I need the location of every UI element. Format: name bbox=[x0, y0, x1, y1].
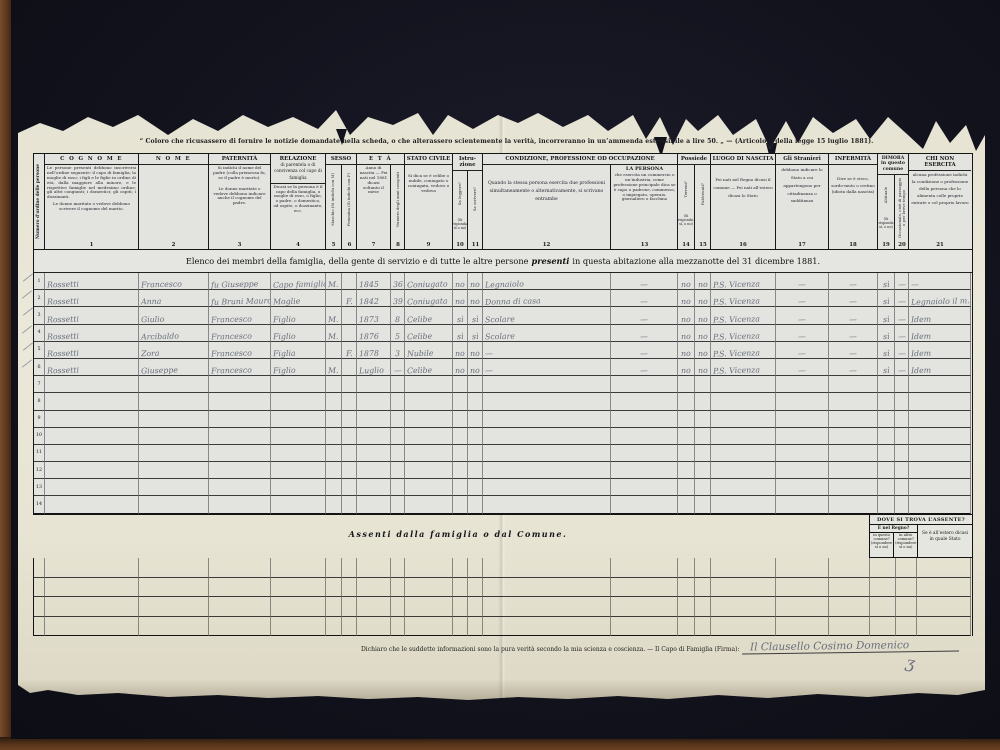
empty-cell bbox=[870, 617, 896, 637]
cell-anni: — bbox=[391, 359, 405, 376]
cell-dab: sì bbox=[878, 325, 895, 342]
cell-nome bbox=[139, 445, 209, 462]
cell-paternita bbox=[209, 462, 271, 479]
empty-cell bbox=[45, 617, 139, 637]
empty-cell bbox=[357, 558, 391, 578]
absent-table-row bbox=[34, 617, 972, 637]
cell-cond bbox=[483, 393, 611, 410]
empty-cell bbox=[896, 578, 917, 598]
cell-anno: Luglio bbox=[357, 359, 391, 376]
cell-paternita bbox=[209, 479, 271, 496]
handwritten-value: Figlio bbox=[273, 331, 296, 341]
cell-stran bbox=[776, 462, 829, 479]
cell-cognome bbox=[45, 496, 139, 513]
head-of-family-signature: Il Clausello Cosimo Domenico bbox=[742, 639, 959, 654]
handwritten-value: Legnaiolo bbox=[485, 280, 524, 290]
col-header-sa-scrivere: Sa scrivere? 11 bbox=[468, 171, 483, 249]
absent-abroad-header: Se è all’estero dicasi in quale Stato bbox=[918, 525, 972, 557]
empty-cell bbox=[678, 617, 695, 637]
handwritten-value: 5 bbox=[395, 332, 400, 341]
cell-chinon: Idem bbox=[909, 342, 971, 359]
col-header-condizione: CONDIZIONE, PROFESSIONE OD OCCUPAZIONE Q… bbox=[483, 154, 678, 249]
cell-scriv: no bbox=[468, 359, 483, 376]
cell-doc: — bbox=[895, 359, 909, 376]
cell-luogo bbox=[711, 445, 776, 462]
cell-legg: sì bbox=[453, 307, 468, 324]
empty-cell bbox=[468, 578, 483, 598]
handwritten-value: fu Giuseppe bbox=[211, 280, 259, 290]
cell-inferm: — bbox=[829, 342, 878, 359]
cell-chinon: Legnaiolo il m. bbox=[909, 290, 971, 307]
cell-inferm: — bbox=[829, 359, 878, 376]
cell-legg bbox=[453, 445, 468, 462]
cell-cognome: Rossetti bbox=[45, 290, 139, 307]
cell-m bbox=[326, 376, 342, 393]
cell-cond bbox=[483, 479, 611, 496]
handwritten-value: 1842 bbox=[359, 297, 379, 307]
cell-m: M. bbox=[326, 359, 342, 376]
absent-rows bbox=[33, 558, 973, 636]
empty-cell bbox=[271, 617, 326, 637]
cell-stran bbox=[776, 393, 829, 410]
cell-anni: 36 bbox=[391, 273, 405, 290]
cell-legg bbox=[453, 393, 468, 410]
handwritten-value: Scolare bbox=[485, 331, 515, 341]
cell-anno bbox=[357, 479, 391, 496]
cell-luogo bbox=[711, 411, 776, 428]
cell-n: 3 bbox=[34, 307, 45, 324]
cell-fabb: no bbox=[695, 325, 711, 342]
cell-luogo bbox=[711, 462, 776, 479]
cell-inferm bbox=[829, 445, 878, 462]
cell-doc bbox=[895, 479, 909, 496]
cell-anno bbox=[357, 411, 391, 428]
cell-f bbox=[342, 496, 357, 513]
cell-relazione: Moglie bbox=[271, 290, 326, 307]
col-header-sesso: SESSO Maschio (Si indichi con M) 5 Femmi… bbox=[326, 154, 357, 249]
empty-cell bbox=[271, 558, 326, 578]
cell-anni bbox=[391, 393, 405, 410]
cell-paternita bbox=[209, 411, 271, 428]
cell-nome: Francesco bbox=[139, 273, 209, 290]
cell-persona bbox=[611, 411, 678, 428]
cell-scriv bbox=[468, 479, 483, 496]
cell-relazione bbox=[271, 428, 326, 445]
col-header-eta: E T À Anno di nascita — Pei nati nel 188… bbox=[357, 154, 405, 249]
pencil-mark bbox=[23, 342, 33, 350]
empty-cell bbox=[829, 578, 870, 598]
handwritten-value: no bbox=[681, 366, 691, 375]
table-row: 1RossettiFrancescofu GiuseppeCapo famigl… bbox=[34, 273, 972, 290]
empty-cell bbox=[483, 578, 611, 598]
handwritten-value: — bbox=[897, 366, 905, 375]
cell-relazione bbox=[271, 393, 326, 410]
table-row: 3RossettiGiulioFrancescoFiglioM.18738Cel… bbox=[34, 307, 972, 324]
cell-doc bbox=[895, 445, 909, 462]
handwritten-value: — bbox=[640, 280, 648, 289]
handwritten-value: no bbox=[681, 280, 691, 289]
col-header-dimora-occasionale: Occasionale, cioè di passaggio o per bre… bbox=[895, 175, 909, 249]
cell-chinon bbox=[909, 479, 971, 496]
cell-stato bbox=[405, 479, 453, 496]
empty-cell bbox=[34, 597, 45, 617]
cell-inferm bbox=[829, 496, 878, 513]
cell-stato bbox=[405, 445, 453, 462]
cell-n: 10 bbox=[34, 428, 45, 445]
cell-f: F. bbox=[342, 290, 357, 307]
handwritten-value: no bbox=[681, 349, 691, 358]
handwritten-value: — bbox=[798, 332, 806, 341]
empty-cell bbox=[917, 558, 971, 578]
empty-cell bbox=[611, 597, 678, 617]
handwritten-value: — bbox=[798, 314, 806, 323]
handwritten-value: 39 bbox=[392, 297, 402, 306]
empty-cell bbox=[917, 597, 971, 617]
empty-cell bbox=[896, 597, 917, 617]
cell-anno bbox=[357, 393, 391, 410]
cell-paternita bbox=[209, 428, 271, 445]
cell-f bbox=[342, 445, 357, 462]
cell-doc bbox=[895, 411, 909, 428]
handwritten-value: — bbox=[897, 349, 905, 358]
cell-scriv bbox=[468, 393, 483, 410]
pencil-mark bbox=[22, 290, 32, 298]
cell-relazione bbox=[271, 445, 326, 462]
cell-chinon bbox=[909, 445, 971, 462]
empty-cell bbox=[357, 597, 391, 617]
cell-scriv bbox=[468, 445, 483, 462]
census-sheet-paper: “ Coloro che ricusassero di fornire le n… bbox=[18, 105, 985, 701]
handwritten-value: Moglie bbox=[273, 297, 301, 307]
cell-n: 9 bbox=[34, 411, 45, 428]
cell-anni bbox=[391, 462, 405, 479]
handwritten-value: Giuseppe bbox=[141, 366, 178, 376]
cell-cognome: Rossetti bbox=[45, 307, 139, 324]
col-header-paternita: PATERNITÀ Si indichi il nome del padre (… bbox=[209, 154, 271, 249]
cell-f: F. bbox=[342, 342, 357, 359]
handwritten-value: sì bbox=[883, 280, 890, 289]
empty-cell bbox=[34, 558, 45, 578]
cell-inferm: — bbox=[829, 325, 878, 342]
cell-terr: no bbox=[678, 325, 695, 342]
empty-cell bbox=[896, 558, 917, 578]
handwritten-value: Zora bbox=[141, 349, 160, 358]
cell-dab bbox=[878, 445, 895, 462]
cell-dab: sì bbox=[878, 359, 895, 376]
cell-chinon bbox=[909, 462, 971, 479]
cell-luogo: P.S. Vicenza bbox=[711, 342, 776, 359]
handwritten-value: Luglio bbox=[359, 366, 384, 376]
handwritten-value: — bbox=[897, 314, 905, 323]
cell-stato bbox=[405, 393, 453, 410]
pencil-mark bbox=[22, 359, 32, 367]
empty-cell bbox=[391, 558, 405, 578]
handwritten-value: M. bbox=[328, 366, 339, 375]
cell-persona: — bbox=[611, 342, 678, 359]
empty-cell bbox=[34, 617, 45, 637]
handwritten-value: sì bbox=[457, 332, 464, 341]
cell-nome bbox=[139, 393, 209, 410]
handwritten-value: — bbox=[849, 366, 857, 375]
cell-paternita: Francesco bbox=[209, 342, 271, 359]
cell-fabb: no bbox=[695, 342, 711, 359]
col-header-fabbricati: Fabbricati? 15 bbox=[695, 165, 711, 249]
handwritten-value: sì bbox=[472, 332, 479, 341]
cell-fabb bbox=[695, 376, 711, 393]
empty-cell bbox=[405, 578, 453, 598]
cell-nome: Anna bbox=[139, 290, 209, 307]
cell-m bbox=[326, 462, 342, 479]
empty-cell bbox=[917, 578, 971, 598]
cell-cond bbox=[483, 428, 611, 445]
cell-chinon bbox=[909, 428, 971, 445]
cell-paternita bbox=[209, 496, 271, 513]
handwritten-value: P.S. Vicenza bbox=[713, 366, 760, 376]
cell-scriv bbox=[468, 376, 483, 393]
cell-fabb bbox=[695, 462, 711, 479]
empty-cell bbox=[342, 597, 357, 617]
pencil-mark bbox=[23, 273, 33, 281]
cell-luogo bbox=[711, 479, 776, 496]
cell-f bbox=[342, 359, 357, 376]
cell-stato: Celibe bbox=[405, 307, 453, 324]
cell-fabb bbox=[695, 496, 711, 513]
cell-cond: Scolare bbox=[483, 325, 611, 342]
cell-terr bbox=[678, 376, 695, 393]
empty-cell bbox=[611, 578, 678, 598]
cell-anno bbox=[357, 496, 391, 513]
cell-m bbox=[326, 342, 342, 359]
handwritten-value: no bbox=[455, 349, 465, 358]
absent-section-title: Assenti dalla famiglia o dal Comune. bbox=[158, 529, 758, 539]
cell-anno bbox=[357, 428, 391, 445]
handwritten-value: no bbox=[455, 366, 465, 375]
cell-paternita: Francesco bbox=[209, 359, 271, 376]
cell-scriv: no bbox=[468, 273, 483, 290]
cell-persona: — bbox=[611, 273, 678, 290]
cell-nome bbox=[139, 376, 209, 393]
cell-f bbox=[342, 393, 357, 410]
legal-notice: “ Coloro che ricusassero di fornire le n… bbox=[48, 138, 965, 145]
handwritten-value: — bbox=[640, 366, 648, 375]
cell-fabb: no bbox=[695, 273, 711, 290]
handwritten-value: Rossetti bbox=[47, 297, 79, 307]
table-row: 10 bbox=[34, 428, 972, 445]
cell-anni: 39 bbox=[391, 290, 405, 307]
col-header-sa-leggere: Sa leggere? (Si risponda: sì o no) 10 bbox=[453, 171, 468, 249]
cell-nome: Arcibaldo bbox=[139, 325, 209, 342]
handwritten-value: no bbox=[681, 314, 691, 323]
empty-cell bbox=[391, 578, 405, 598]
col-header-sesso-m: Maschio (Si indichi con M) 5 bbox=[326, 165, 342, 249]
empty-cell bbox=[917, 617, 971, 637]
empty-cell bbox=[829, 597, 870, 617]
handwritten-value: Francesco bbox=[211, 348, 252, 358]
handwritten-value: — bbox=[911, 280, 919, 289]
handwritten-value: M. bbox=[328, 314, 339, 323]
cell-cond bbox=[483, 411, 611, 428]
empty-cell bbox=[391, 617, 405, 637]
empty-cell bbox=[326, 558, 342, 578]
cell-anni bbox=[391, 496, 405, 513]
cell-scriv bbox=[468, 462, 483, 479]
absent-where-box: DOVE SI TROVA L’ASSENTE? È nel Regno? in… bbox=[869, 514, 973, 558]
empty-cell bbox=[209, 597, 271, 617]
cell-anni: 5 bbox=[391, 325, 405, 342]
cell-persona bbox=[611, 376, 678, 393]
empty-cell bbox=[776, 558, 829, 578]
handwritten-value: Scolare bbox=[485, 314, 515, 324]
empty-cell bbox=[139, 558, 209, 578]
empty-cell bbox=[453, 617, 468, 637]
cell-luogo bbox=[711, 428, 776, 445]
empty-cell bbox=[405, 558, 453, 578]
handwritten-value: no bbox=[470, 366, 480, 375]
empty-cell bbox=[357, 617, 391, 637]
cell-fabb bbox=[695, 445, 711, 462]
empty-cell bbox=[468, 617, 483, 637]
handwritten-value: — bbox=[640, 297, 648, 306]
col-header-anni-compiuti: Numero degli anni compiuti 8 bbox=[391, 165, 405, 249]
empty-cell bbox=[483, 617, 611, 637]
cell-legg bbox=[453, 428, 468, 445]
cell-scriv: no bbox=[468, 342, 483, 359]
handwritten-value: Idem bbox=[911, 314, 931, 324]
col-header-la-persona: LA PERSONA che esercita un commercio o u… bbox=[611, 165, 678, 249]
cell-terr bbox=[678, 496, 695, 513]
cell-luogo bbox=[711, 376, 776, 393]
cell-stran: — bbox=[776, 359, 829, 376]
col-header-dimora: DIMORA in questo comune Abituale (Si ris… bbox=[878, 154, 909, 249]
cell-legg bbox=[453, 376, 468, 393]
cell-cognome bbox=[45, 411, 139, 428]
table-row: 9 bbox=[34, 411, 972, 428]
cell-luogo: P.S. Vicenza bbox=[711, 307, 776, 324]
cell-stato bbox=[405, 411, 453, 428]
handwritten-value: fu Bruni Mauro bbox=[211, 297, 271, 308]
empty-cell bbox=[483, 558, 611, 578]
cell-anni: 3 bbox=[391, 342, 405, 359]
table-row: 13 bbox=[34, 479, 972, 496]
cell-terr: no bbox=[678, 273, 695, 290]
cell-m bbox=[326, 393, 342, 410]
handwritten-value: — bbox=[849, 297, 857, 306]
cell-n: 11 bbox=[34, 445, 45, 462]
cell-persona: — bbox=[611, 307, 678, 324]
cell-dab bbox=[878, 376, 895, 393]
cell-stran bbox=[776, 428, 829, 445]
handwritten-value: no bbox=[698, 280, 708, 289]
cell-cognome: Rossetti bbox=[45, 359, 139, 376]
cell-m: M. bbox=[326, 325, 342, 342]
cell-anno: 1845 bbox=[357, 273, 391, 290]
cell-luogo: P.S. Vicenza bbox=[711, 359, 776, 376]
cell-doc bbox=[895, 376, 909, 393]
census-rows: 1RossettiFrancescofu GiuseppeCapo famigl… bbox=[34, 273, 972, 514]
cell-n: 7 bbox=[34, 376, 45, 393]
col-header-stranieri: Gli Stranieri debbono indicare lo Stato … bbox=[776, 154, 829, 249]
cell-f bbox=[342, 307, 357, 324]
cell-stato: Celibe bbox=[405, 359, 453, 376]
empty-cell bbox=[209, 558, 271, 578]
handwritten-value: sì bbox=[883, 297, 890, 306]
cell-chinon: Idem bbox=[909, 325, 971, 342]
handwritten-value: — bbox=[640, 349, 648, 358]
cell-luogo bbox=[711, 393, 776, 410]
cell-anni bbox=[391, 479, 405, 496]
signature-flourish: ʒ bbox=[904, 652, 917, 672]
handwritten-value: M. bbox=[328, 280, 339, 289]
handwritten-value: no bbox=[698, 366, 708, 375]
cell-persona: — bbox=[611, 290, 678, 307]
cell-terr: no bbox=[678, 307, 695, 324]
handwritten-value: — bbox=[393, 366, 401, 375]
cell-relazione bbox=[271, 462, 326, 479]
handwritten-value: P.S. Vicenza bbox=[713, 280, 760, 290]
cell-chinon: Idem bbox=[909, 307, 971, 324]
handwritten-value: Capo famiglia bbox=[273, 279, 326, 289]
handwritten-value: 1876 bbox=[359, 331, 379, 341]
cell-paternita bbox=[209, 393, 271, 410]
handwritten-value: — bbox=[897, 332, 905, 341]
col-header-dimora-abituale: Abituale (Si risponda sì, o no) 19 bbox=[878, 175, 895, 249]
cell-scriv: no bbox=[468, 290, 483, 307]
handwritten-value: Rossetti bbox=[47, 331, 79, 341]
cell-cognome: Rossetti bbox=[45, 273, 139, 290]
empty-cell bbox=[45, 578, 139, 598]
cell-chinon bbox=[909, 376, 971, 393]
cell-legg bbox=[453, 411, 468, 428]
cell-fabb bbox=[695, 411, 711, 428]
handwritten-value: P.S. Vicenza bbox=[713, 297, 760, 307]
empty-cell bbox=[711, 558, 776, 578]
cell-persona bbox=[611, 445, 678, 462]
cell-stran: — bbox=[776, 307, 829, 324]
empty-cell bbox=[870, 597, 896, 617]
cell-stato bbox=[405, 496, 453, 513]
cell-scriv bbox=[468, 428, 483, 445]
cell-anno bbox=[357, 376, 391, 393]
col-header-cognome: C O G N O M E Le persone presenti debbon… bbox=[45, 154, 139, 249]
empty-cell bbox=[391, 597, 405, 617]
empty-cell bbox=[139, 617, 209, 637]
handwritten-value: no bbox=[681, 297, 691, 306]
handwritten-value: 1878 bbox=[359, 349, 379, 359]
cell-luogo: P.S. Vicenza bbox=[711, 325, 776, 342]
cell-doc: — bbox=[895, 342, 909, 359]
cell-n: 6 bbox=[34, 359, 45, 376]
cell-stato bbox=[405, 376, 453, 393]
table-row: 6RossettiGiuseppeFrancescoFiglioM.Luglio… bbox=[34, 359, 972, 376]
handwritten-value: — bbox=[798, 349, 806, 358]
cell-cond: Donna di casa bbox=[483, 290, 611, 307]
handwritten-value: Donna di casa bbox=[485, 297, 541, 307]
cell-cond bbox=[483, 462, 611, 479]
cell-fabb bbox=[695, 393, 711, 410]
cell-dab: sì bbox=[878, 290, 895, 307]
cell-scriv bbox=[468, 496, 483, 513]
cell-f bbox=[342, 428, 357, 445]
cell-chinon: Idem bbox=[909, 359, 971, 376]
cell-f bbox=[342, 273, 357, 290]
empty-cell bbox=[776, 578, 829, 598]
cell-inferm bbox=[829, 479, 878, 496]
cell-m bbox=[326, 290, 342, 307]
cell-cognome bbox=[45, 445, 139, 462]
cell-n: 5 bbox=[34, 342, 45, 359]
cell-m bbox=[326, 411, 342, 428]
cell-stran bbox=[776, 496, 829, 513]
